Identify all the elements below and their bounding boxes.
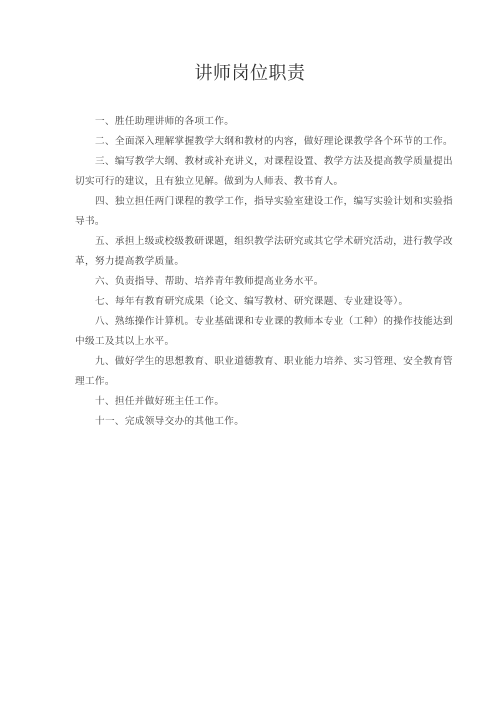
duty-item-4: 四、独立担任两门课程的教学工作，指导实验室建设工作，编写实验计划和实验指: [95, 195, 453, 209]
duty-item-9: 九、做好学生的思想教育、职业道德教育、职业能力培养、实习管理、安全教育管: [95, 355, 453, 369]
duty-item-3-continuation: 切实可行的建议，且有独立见解。做到为人师表、教书育人。: [75, 175, 343, 189]
duty-item-7: 七、每年有教育研究成果（论文、编写教材、研究课题、专业建设等）。: [95, 295, 408, 309]
duty-item-6: 六、负责指导、帮助、培养青年教师提高业务水平。: [95, 275, 324, 289]
duty-item-3: 三、编写教学大纲、教材或补充讲义，对课程设置、教学方法及提高教学质量提出: [95, 155, 453, 169]
document-title: 讲师岗位职责: [0, 63, 500, 85]
duty-item-9-continuation: 理工作。: [75, 375, 115, 389]
duty-item-8: 八、熟练操作计算机。专业基础课和专业课的教师本专业（工种）的操作技能达到: [95, 315, 453, 329]
duty-item-11: 十一、完成领导交办的其他工作。: [95, 415, 244, 429]
duty-item-1: 一、胜任助理讲师的各项工作。: [95, 115, 234, 129]
document-page: 讲师岗位职责 一、胜任助理讲师的各项工作。 二、全面深入理解掌握教学大纲和教材的…: [0, 0, 500, 707]
duty-item-5: 五、承担上级或校级教研课题，组织教学法研究或其它学术研究活动，进行教学改: [95, 235, 453, 249]
duty-item-10: 十、担任并做好班主任工作。: [95, 395, 224, 409]
duty-item-8-continuation: 中级工及其以上水平。: [75, 335, 174, 349]
duty-item-4-continuation: 导书。: [75, 215, 105, 229]
duty-item-2: 二、全面深入理解掌握教学大纲和教材的内容，做好理论课教学各个环节的工作。: [95, 135, 453, 149]
duty-item-5-continuation: 革，努力提高教学质量。: [75, 255, 184, 269]
